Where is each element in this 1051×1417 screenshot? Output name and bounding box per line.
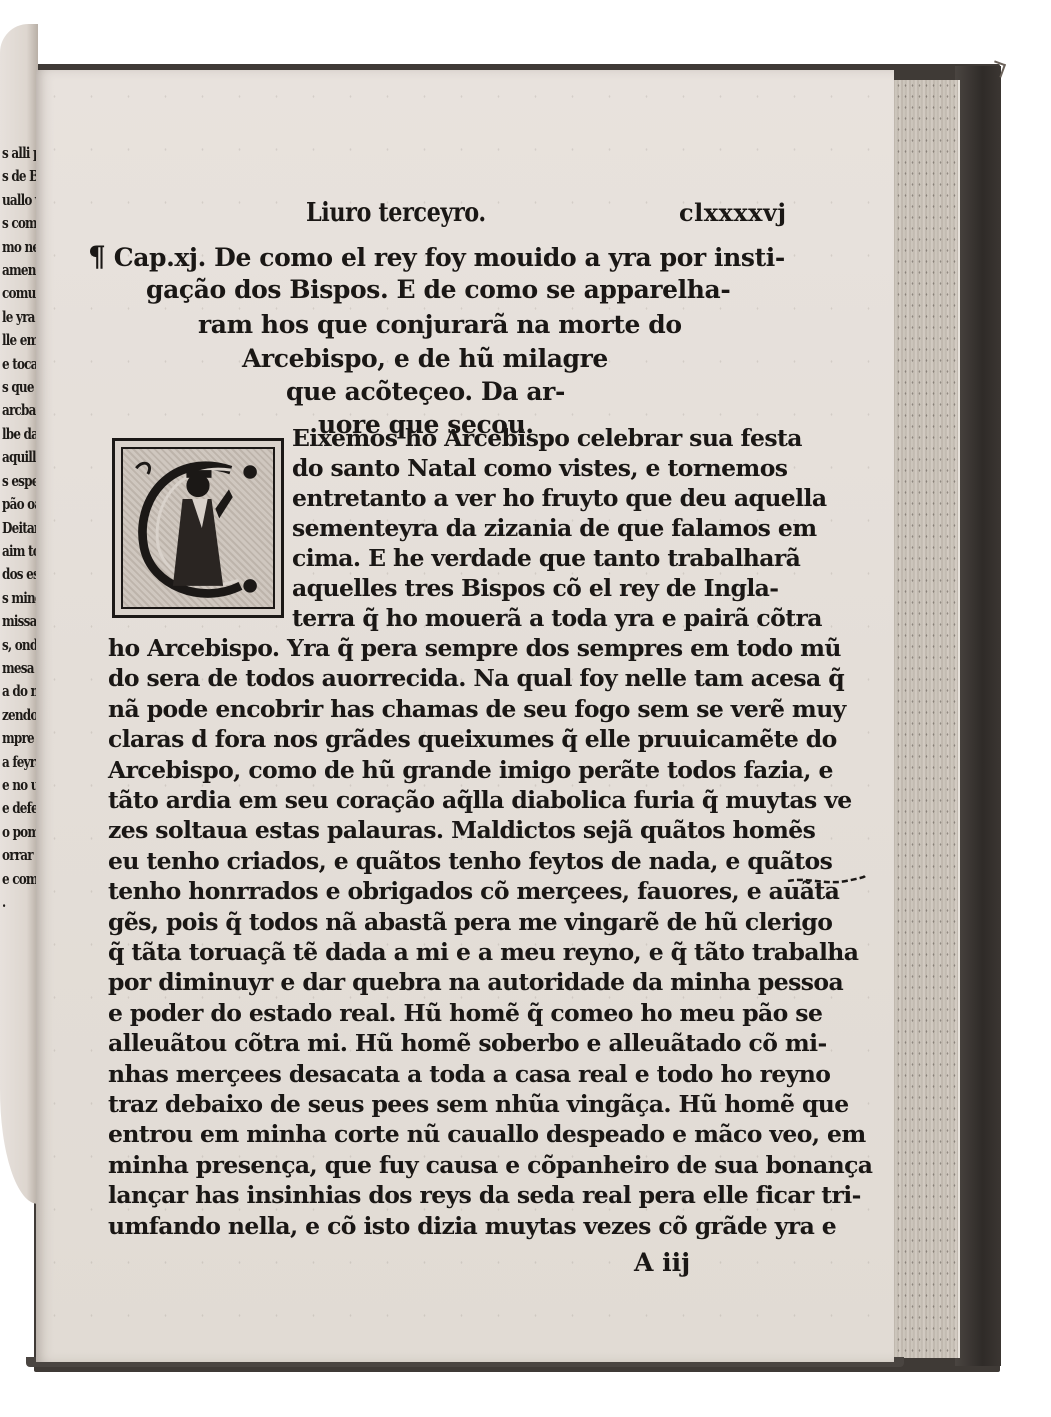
facing-page-line: mo nessa [2, 236, 34, 259]
running-head: Liuro terceyro. [306, 198, 486, 228]
chapter-heading-line: ¶ Cap.xj. De como el rey foy mouido a yr… [88, 240, 785, 273]
text-line: nhas merçees desacata a toda a casa real… [108, 1060, 770, 1088]
chapter-heading-line: gação dos Bispos. E de como se apparelha… [146, 275, 730, 304]
chapter-heading-line: Arcebispo, e de hũ milagre [242, 344, 608, 373]
facing-page-line: s que anba [2, 376, 34, 399]
text-line: e poder do estado real. Hũ homẽ q̃ comeo… [108, 999, 770, 1027]
facing-page-line: e defende [2, 797, 34, 820]
chapter-heading-line: que acõteçeo. Da ar- [286, 377, 565, 406]
text-line: zes soltaua estas palauras. Maldictos se… [108, 816, 770, 844]
facing-page-line: missa do [2, 610, 34, 633]
facing-page-line: arcbaua [2, 399, 34, 422]
fore-edge-page-block [888, 80, 960, 1358]
text-line: entrou em minha corte nũ cauallo despead… [108, 1120, 770, 1148]
woodcut-initial-letter [112, 438, 284, 618]
text-line: eu tenho criados, e quãtos tenho feytos … [108, 847, 770, 875]
book-binding-edge [955, 66, 1001, 1366]
facing-page-line: orrar b [2, 844, 34, 867]
text-line: lançar has insinhias dos reys da seda re… [108, 1181, 770, 1209]
facing-page-line: s, onde p [2, 634, 34, 657]
facing-page-line: e no uac [2, 774, 34, 797]
text-line: gẽs, pois q̃ todos nã abastã pera me vin… [108, 908, 770, 936]
text-line: aquelles tres Bispos cõ el rey de Ingla- [292, 574, 770, 602]
facing-page-line: s comunga [2, 212, 34, 235]
signature-mark: A iij [634, 1248, 690, 1277]
facing-page-line: . [2, 891, 34, 914]
text-line: por diminuyr e dar quebra na autoridade … [108, 968, 770, 996]
facing-page-line: pão oa [2, 493, 34, 516]
facing-page-line: aim tom [2, 540, 34, 563]
facing-page-line: Deitar [2, 517, 34, 540]
text-line: tãto ardia em seu coração aq̃lla diaboli… [108, 786, 770, 814]
facing-page-line: e tocan [2, 353, 34, 376]
text-line: ho Arcebispo. Yra q̃ pera sempre dos sem… [108, 634, 770, 662]
facing-page-line: lbe dau [2, 423, 34, 446]
text-line: cima. E he verdade que tanto trabalharã [292, 544, 770, 572]
text-line: umfando nella, e cõ isto dizia muytas ve… [108, 1212, 770, 1240]
facing-page-line: mpre co [2, 727, 34, 750]
chapter-heading-line: ram hos que conjurarã na morte do [198, 310, 682, 339]
text-line: traz debaixo de seus pees sem nhũa vingã… [108, 1090, 770, 1118]
facing-page-line: s alli punir [2, 142, 34, 165]
text-line: q̃ tãta toruaçã tẽ dada a mi e a meu rey… [108, 938, 770, 966]
facing-page-line: le yra que [2, 306, 34, 329]
book-page: Liuro terceyro. clxxxxvj ¶ Cap.xj. De co… [36, 70, 894, 1362]
text-line: minha presença, que fuy causa e cõpanhei… [108, 1151, 770, 1179]
text-line: nã pode encobrir has chamas de seu fogo … [108, 695, 770, 723]
text-line: Eixemos ho Arcebispo celebrar sua festa [292, 424, 770, 452]
facing-page-line: zendo g [2, 704, 34, 727]
text-line: alleuãtou cõtra mi. Hũ homẽ soberbo e al… [108, 1029, 770, 1057]
facing-page-line: comunicas [2, 282, 34, 305]
folio-number: clxxxxvj [679, 198, 787, 227]
facing-page-line: s mingu [2, 587, 34, 610]
facing-page-line: o pom [2, 821, 34, 844]
facing-page-line: amente los [2, 259, 34, 282]
manuscript-mark-icon [786, 873, 868, 887]
facing-page-line: dos esp [2, 563, 34, 586]
text-line: claras d fora nos grãdes queixumes q̃ el… [108, 725, 770, 753]
historiated-initial-icon [115, 441, 281, 615]
text-line: Arcebispo, como de hũ grande imigo perãt… [108, 756, 770, 784]
paragraph-mark-icon: ¶ [88, 240, 105, 273]
facing-page-line: a feyra, a [2, 751, 34, 774]
facing-page-line: lle em fer [2, 329, 34, 352]
text-line: sementeyra da zizania de que falamos em [292, 514, 770, 542]
facing-page-line: uallo v Za [2, 189, 34, 212]
facing-page-curl: s alli punirs de Banuallo v Zas comungam… [0, 24, 38, 1204]
text-line: terra q̃ ho mouerã a toda yra e pairã cõ… [292, 604, 770, 632]
facing-page-line: s de Ban [2, 165, 34, 188]
text-line: do santo Natal como vistes, e tornemos [292, 454, 770, 482]
facing-page-line: a do mu [2, 680, 34, 703]
facing-page-text: s alli punirs de Banuallo v Zas comungam… [2, 142, 38, 914]
text-line: tenho honrrados e obrigados cõ merçees, … [108, 877, 770, 905]
facing-page-line: s espen [2, 470, 34, 493]
text-line: do sera de todos auorrecida. Na qual foy… [108, 664, 770, 692]
facing-page-line: mesa con [2, 657, 34, 680]
facing-page-line: e comer [2, 868, 34, 891]
text-block: Liuro terceyro. clxxxxvj ¶ Cap.xj. De co… [36, 70, 894, 1362]
facing-page-line: aquillo b [2, 446, 34, 469]
text-line: entretanto a ver ho fruyto que deu aquel… [292, 484, 770, 512]
